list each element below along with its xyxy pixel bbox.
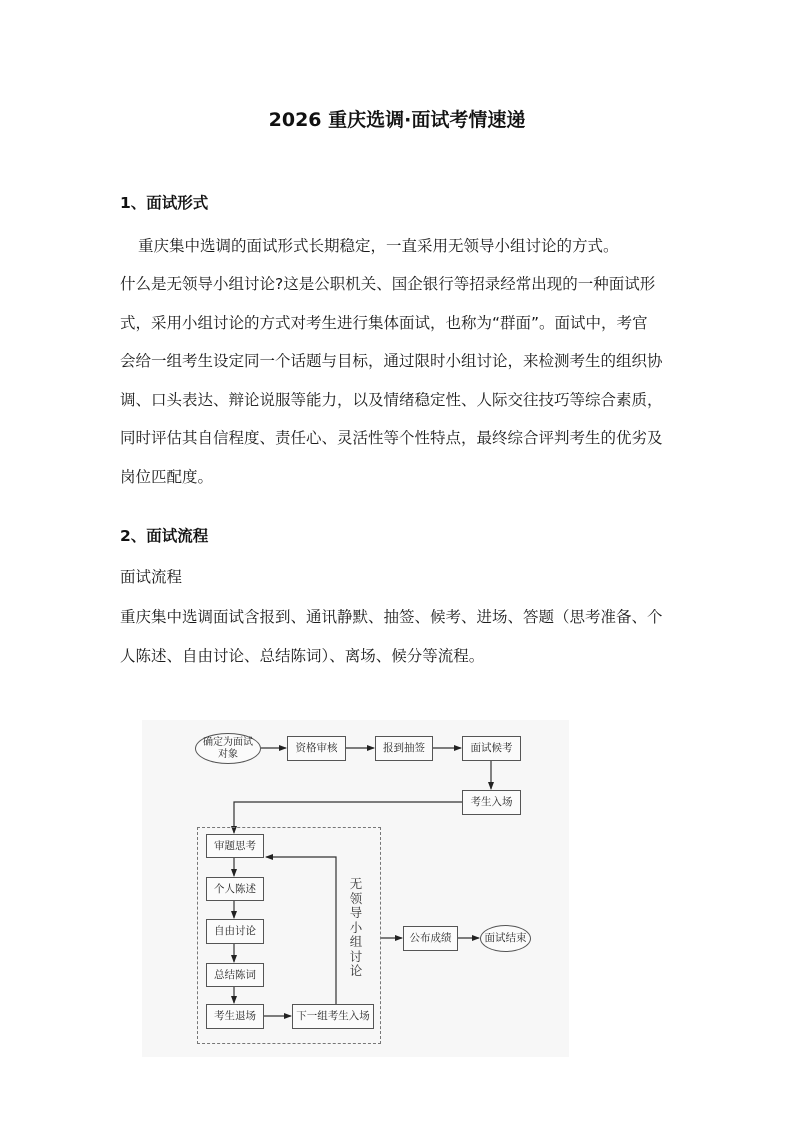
step-exit-room: 考生退场 [206,1004,264,1029]
step-qualification-review: 资格审核 [287,736,346,761]
step-waiting: 面试候考 [462,736,521,761]
step-enter-room: 考生入场 [462,790,521,815]
start-node-label: 确定为面试 对象 [203,737,253,761]
paragraph-line: 岗位匹配度。 [120,458,680,497]
start-node: 确定为面试 对象 [195,733,261,764]
start-label-line: 对象 [203,749,253,761]
step-next-group: 下一组考生入场 [292,1004,374,1029]
paragraph-line: 重庆集中选调面试含报到、通讯静默、抽签、候考、进场、答题（思考准备、个 [120,598,680,637]
group-discussion-label: 无领导小组讨论 [348,877,364,979]
end-node: 面试结束 [480,925,531,952]
document-title: 2026 重庆选调·面试考情速递 [0,105,794,132]
section-2-paragraph: 重庆集中选调面试含报到、通讯静默、抽签、候考、进场、答题（思考准备、个 人陈述、… [120,598,680,675]
section-2-subheading: 面试流程 [120,558,680,597]
step-publish-results: 公布成绩 [403,926,458,951]
interview-flowchart: 确定为面试 对象 资格审核 报到抽签 面试候考 考生入场 审题思考 个人陈述 自… [142,720,569,1057]
paragraph-line: 调、口头表达、辩论说服等能力，以及情绪稳定性、人际交往技巧等综合素质， [120,381,680,420]
start-label-line: 确定为面试 [203,737,253,749]
step-checkin-draw: 报到抽签 [375,736,433,761]
step-question-review: 审题思考 [206,834,264,858]
paragraph-line: 同时评估其自信程度、责任心、灵活性等个性特点，最终综合评判考生的优劣及 [120,419,680,458]
paragraph-line: 什么是无领导小组讨论?这是公职机关、国企银行等招录经常出现的一种面试形 [120,265,680,304]
section-1-intro: 重庆集中选调的面试形式长期稳定，一直采用无领导小组讨论的方式。 [138,227,698,266]
section-1-heading: 1、面试形式 [120,191,208,213]
step-personal-statement: 个人陈述 [206,877,264,901]
paragraph-line: 会给一组考生设定同一个话题与目标，通过限时小组讨论，来检测考生的组织协 [120,342,680,381]
section-1-paragraph: 什么是无领导小组讨论?这是公职机关、国企银行等招录经常出现的一种面试形 式，采用… [120,265,680,496]
section-2-heading: 2、面试流程 [120,524,208,546]
step-free-discussion: 自由讨论 [206,919,264,944]
paragraph-line: 人陈述、自由讨论、总结陈词）、离场、候分等流程。 [120,637,680,676]
paragraph-line: 式，采用小组讨论的方式对考生进行集体面试，也称为“群面”。面试中，考官 [120,304,680,343]
step-summary: 总结陈词 [206,963,264,987]
